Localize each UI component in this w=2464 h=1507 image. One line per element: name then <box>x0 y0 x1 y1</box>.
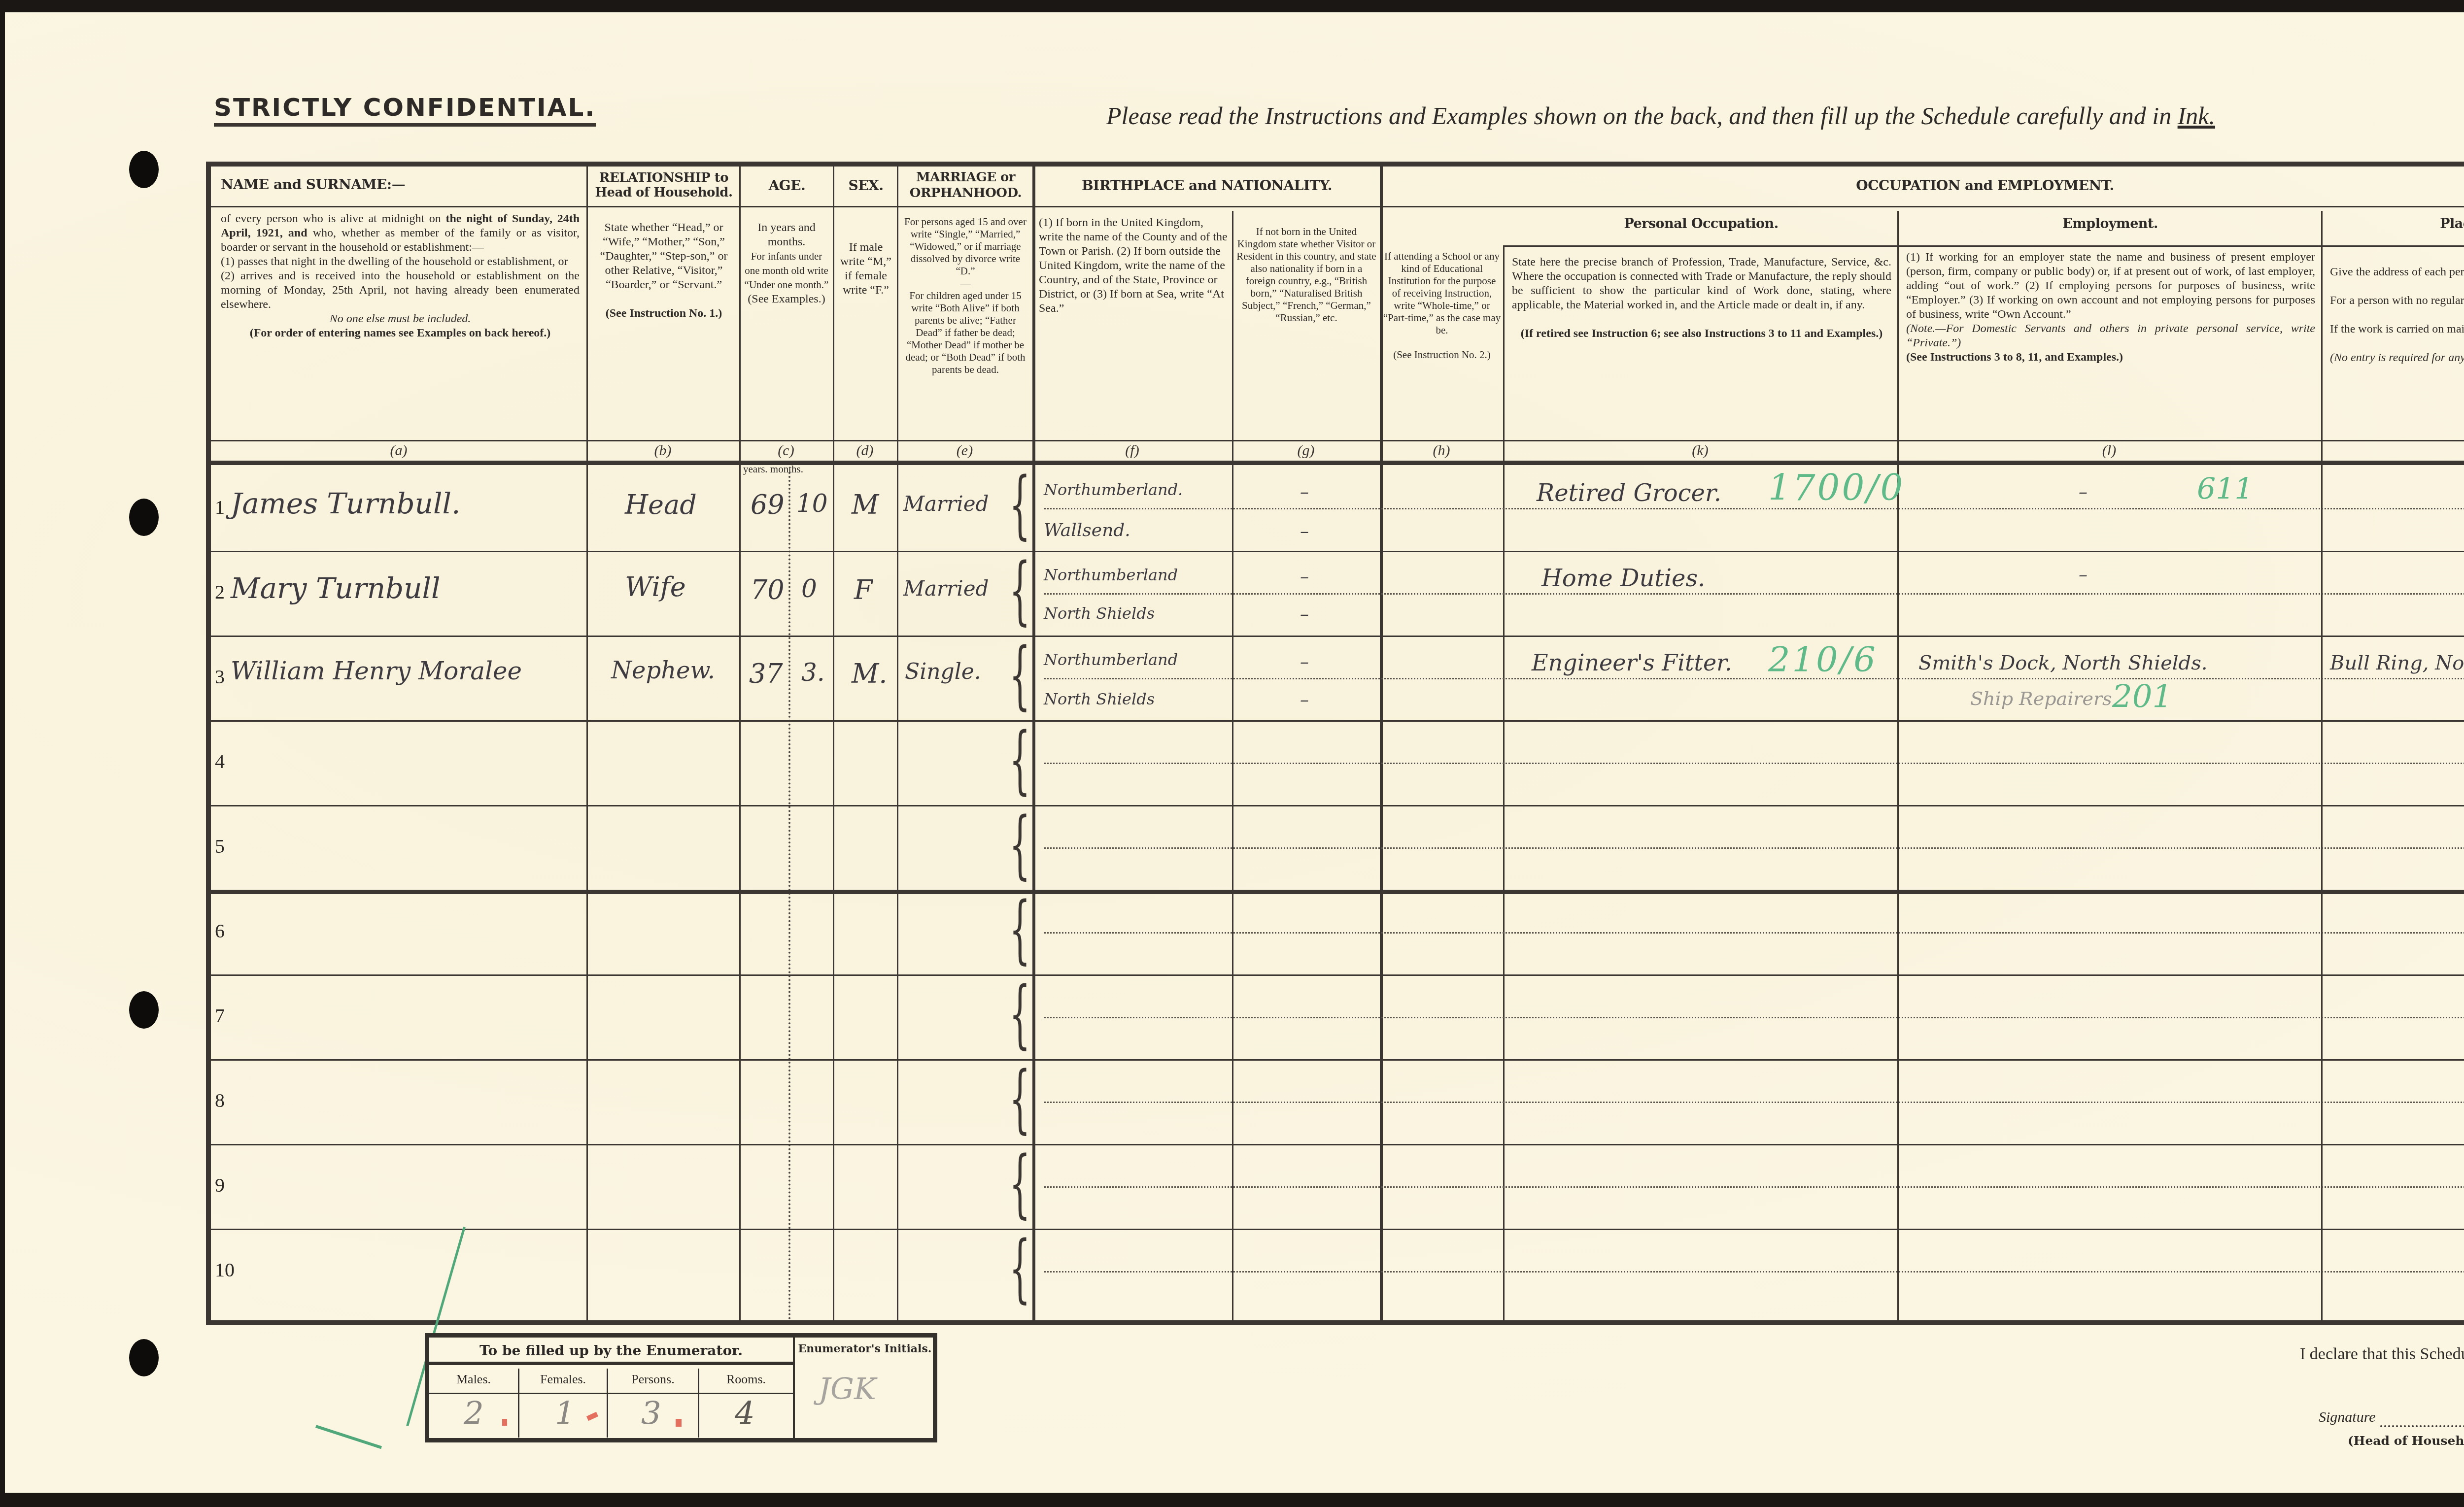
col-e-instructions: For persons aged 15 and over write “Sing… <box>901 216 1030 376</box>
col-a-title: NAME and SURNAME:— <box>221 176 418 193</box>
col-f-instructions: (1) If born in the United Kingdom, write… <box>1039 216 1229 316</box>
row3-age-months[interactable]: 3. <box>801 658 825 687</box>
col-k-text: State here the precise branch of Profess… <box>1512 256 1891 311</box>
col-d-title: SEX. <box>835 177 897 194</box>
col-divider-c-d <box>833 167 834 1320</box>
row-rule-thick <box>211 890 2464 894</box>
col-b-text: State whether “Head,” or “Wife,” “Mother… <box>600 221 728 291</box>
header-rule <box>1503 245 2464 247</box>
col-b-title: RELATIONSHIP to Head of Household. <box>588 170 739 200</box>
col-g-instructions: If not born in the United Kingdom state … <box>1236 226 1377 324</box>
col-m-title: Place of Work. <box>2323 216 2464 233</box>
red-tick-mark <box>586 1412 598 1421</box>
col-e-title: MARRIAGE or ORPHANHOOD. <box>899 169 1032 201</box>
col-k-instructions: State here the precise branch of Profess… <box>1512 255 1891 341</box>
row3-sex[interactable]: M. <box>852 658 887 689</box>
enumerator-box-header: To be filled up by the Enumerator. <box>429 1338 793 1365</box>
household-schedule-table: NAME and SURNAME:— RELATIONSHIP to Head … <box>206 162 2464 1325</box>
col-letter-a: (a) <box>211 442 586 459</box>
col-l-text: (1) If working for an employer state the… <box>1906 251 2315 321</box>
row3-marriage[interactable]: Single. <box>905 659 981 684</box>
females-label: Females. <box>519 1372 607 1387</box>
col-divider-e-f <box>1032 167 1035 1320</box>
signature-dotted-line <box>2380 1425 2464 1427</box>
punch-hole-icon <box>129 151 159 188</box>
row-midline <box>1044 932 2464 934</box>
brace-icon: { <box>1009 1062 1030 1136</box>
col-letter-b: (b) <box>586 442 739 459</box>
row3-birth-town[interactable]: North Shields <box>1044 690 1155 708</box>
row-midline <box>1044 847 2464 849</box>
col-letter-d: (d) <box>833 442 897 459</box>
col-letter-e: (e) <box>897 442 1032 459</box>
count-rule <box>429 1393 793 1394</box>
instruction-emphasis: Ink. <box>2178 102 2215 130</box>
brace-icon: { <box>1009 468 1030 542</box>
row2-sex[interactable]: F <box>854 574 872 605</box>
confidential-title: STRICTLY CONFIDENTIAL. <box>214 93 596 127</box>
col-letter-g: (g) <box>1232 442 1380 459</box>
row2-birth-town[interactable]: North Shields <box>1044 604 1155 623</box>
col-c-note: For infants under one month old write “U… <box>745 250 829 291</box>
col-m-text: If the work is carried on mainly at home… <box>2330 323 2464 335</box>
col-a-text: of every person who is alive at midnight… <box>221 212 441 225</box>
row2-employment[interactable]: – <box>2079 565 2088 585</box>
col-m-instructions: Give the address of each person’s place … <box>2330 265 2464 365</box>
row-rule <box>211 720 2464 722</box>
col-a-text: No one else must be included. <box>221 312 580 326</box>
header-rule <box>211 206 1032 207</box>
row-midline <box>1044 763 2464 764</box>
punch-hole-icon <box>129 991 159 1029</box>
row1-name[interactable]: James Turnbull. <box>231 487 461 520</box>
col-divider-h-k <box>1503 245 1505 1320</box>
enumerator-box-divider <box>793 1338 795 1438</box>
brace-icon: { <box>1009 554 1030 628</box>
col-letter-k: (k) <box>1503 442 1897 459</box>
row3-employment[interactable]: Smith's Dock, North Shields. <box>1918 652 2207 674</box>
col-letter-h: (h) <box>1380 442 1503 459</box>
row-number: 8 <box>215 1089 225 1112</box>
red-tick-mark <box>676 1419 682 1427</box>
row-number: 10 <box>215 1258 235 1281</box>
col-h-text: If attending a School or any kind of Edu… <box>1383 250 1501 336</box>
row-rule <box>211 636 2464 637</box>
col-b-note: (See Instruction No. 1.) <box>606 307 722 320</box>
col-a-text: (1) passes that night in the dwelling of… <box>221 255 568 268</box>
col-e-text2: For children aged under 15 write “Both A… <box>905 290 1025 375</box>
row-number: 3 <box>215 665 225 688</box>
row1-relationship[interactable]: Head <box>625 489 697 520</box>
row3-birth-county[interactable]: Northumberland <box>1044 650 1178 669</box>
col-c-text: In years and months. <box>757 221 815 248</box>
row-number: 4 <box>215 750 225 773</box>
col-h-instructions: If attending a School or any kind of Edu… <box>1383 250 1501 361</box>
col-a-text: (2) arrives and is received into the hou… <box>221 269 580 311</box>
row2-age-months[interactable]: 0 <box>801 574 817 603</box>
col-c-instructions: In years and months. For infants under o… <box>743 221 830 306</box>
col-k-note: (If retired see Instruction 6; see also … <box>1512 327 1891 341</box>
row2-occupation[interactable]: Home Duties. <box>1541 565 1705 592</box>
row-rule <box>211 1229 2464 1230</box>
brace-icon: { <box>1009 893 1030 967</box>
row-midline <box>1044 1271 2464 1273</box>
col-divider-l-m <box>2321 211 2323 1320</box>
row-number: 7 <box>215 1004 225 1027</box>
row2-birth-county[interactable]: Northumberland <box>1044 566 1178 584</box>
row-midline <box>1044 593 2464 595</box>
age-years-months-divider <box>788 472 790 1320</box>
males-label: Males. <box>429 1372 518 1387</box>
row1-age-years[interactable]: 69 <box>751 489 785 520</box>
row2-age-years[interactable]: 70 <box>751 574 785 605</box>
males-count[interactable]: 2 <box>464 1396 484 1432</box>
row-midline <box>1044 1186 2464 1188</box>
row1-occupation-code: 1700/0 <box>1768 467 1905 508</box>
col-m-text: Give the address of each person’s place … <box>2330 266 2464 278</box>
row-midline <box>1044 678 2464 679</box>
row3-place-of-work[interactable]: Bull Ring, North Shields <box>2330 652 2464 674</box>
row-rule <box>211 1144 2464 1145</box>
row-rule <box>211 974 2464 976</box>
col-b-instructions: State whether “Head,” or “Wife,” “Mother… <box>593 221 734 321</box>
row-midline <box>1044 508 2464 509</box>
row2-marriage[interactable]: Married <box>903 576 989 601</box>
brace-icon: { <box>1009 977 1030 1051</box>
col-divider-b-c <box>739 167 741 1320</box>
header-rule <box>1032 206 1380 207</box>
row-rule <box>211 805 2464 806</box>
instruction-line: Please read the Instructions and Example… <box>1106 101 2215 130</box>
col-c-title: AGE. <box>741 177 833 194</box>
brace-icon: { <box>1009 1232 1030 1306</box>
row-number: 2 <box>215 580 225 603</box>
row1-sex[interactable]: M <box>852 489 879 520</box>
col-l-title: Employment. <box>1899 216 2321 233</box>
persons-count[interactable]: 3 <box>641 1396 661 1432</box>
age-years-label: years. <box>743 463 768 475</box>
col-divider-d-e <box>897 167 898 1320</box>
enumerator-count-box: To be filled up by the Enumerator. Enume… <box>425 1333 937 1442</box>
row-number: 5 <box>215 835 225 858</box>
row1-occupation[interactable]: Retired Grocer. <box>1537 479 1721 507</box>
col-a-text: (For order of entering names see Example… <box>221 326 580 340</box>
brace-icon: { <box>1009 808 1030 882</box>
row1-nationality[interactable]: – <box>1300 482 1309 502</box>
header-rule <box>1380 206 2464 207</box>
row3-name[interactable]: William Henry Moralee <box>231 657 522 685</box>
row1-age-months[interactable]: 10 <box>796 489 828 518</box>
row-midline <box>1044 1017 2464 1018</box>
brace-icon: { <box>1009 1147 1030 1221</box>
col-d-instructions: If male write “M,” if female write “F.” <box>838 240 894 298</box>
row2-relationship[interactable]: Wife <box>625 571 686 603</box>
col-m-text: For a person with no regular place of wo… <box>2330 294 2464 307</box>
row1-birth-town[interactable]: Wallsend. <box>1044 520 1130 540</box>
instruction-text: Please read the Instructions and Example… <box>1106 102 2171 130</box>
row1-marriage[interactable]: Married <box>903 492 989 516</box>
col-letter-f: (f) <box>1032 442 1232 459</box>
col-divider-f-g <box>1232 211 1233 1320</box>
col-fg-title: BIRTHPLACE and NATIONALITY. <box>1034 177 1379 194</box>
row1-birth-county[interactable]: Northumberland. <box>1044 480 1183 499</box>
punch-hole-icon <box>129 1339 159 1376</box>
enumerator-initials-label: Enumerator's Initials. <box>796 1342 933 1355</box>
rooms-count[interactable]: 4 <box>735 1396 755 1432</box>
col-h-note: (See Instruction No. 2.) <box>1393 349 1491 361</box>
row1-nationality-2[interactable]: – <box>1300 521 1309 541</box>
age-months-label: months. <box>770 463 803 475</box>
row3-relationship[interactable]: Nephew. <box>611 657 715 684</box>
females-count[interactable]: 1 <box>555 1396 575 1432</box>
row-number: 9 <box>215 1173 225 1197</box>
row3-employment-note: Ship Repairers <box>1970 688 2112 709</box>
row1-employment-code: 611 <box>2197 472 2254 506</box>
age-subheader: years. months. <box>743 463 832 475</box>
col-l-instructions: (1) If working for an employer state the… <box>1906 250 2315 365</box>
row-number: 6 <box>215 919 225 942</box>
col-e-text: For persons aged 15 and over write “Sing… <box>904 216 1027 277</box>
punch-hole-icon <box>129 499 159 536</box>
brace-icon: { <box>1009 723 1030 797</box>
row3-nationality-2[interactable]: – <box>1300 690 1309 710</box>
col-divider-a-b <box>586 167 588 1320</box>
row3-employment-code: 201 <box>2112 679 2172 715</box>
col-k-title: Personal Occupation. <box>1505 216 1897 233</box>
brace-icon: { <box>1009 638 1030 712</box>
enumerator-initials-value[interactable]: JGK <box>819 1372 876 1407</box>
column-letter-rule <box>211 440 2464 441</box>
col-c-note2: (See Examples.) <box>748 293 825 305</box>
col-letter-l: (l) <box>1897 442 2321 459</box>
col-letter-m: (m) <box>2321 442 2464 459</box>
signature-label: Signature <box>2319 1409 2376 1426</box>
col-a-instructions: of every person who is alive at midnight… <box>221 212 580 340</box>
row-midline <box>1044 1102 2464 1103</box>
col-l-note: (See Instructions 3 to 8, 11, and Exampl… <box>1906 351 2123 364</box>
row2-nationality-2[interactable]: – <box>1300 604 1309 624</box>
red-tick-mark <box>502 1419 507 1426</box>
col-l-note-italic: (Note.—For Domestic Servants and others … <box>1906 322 2315 349</box>
row3-occupation[interactable]: Engineer's Fitter. <box>1532 649 1732 676</box>
row3-occupation-code: 210/6 <box>1768 639 1878 680</box>
persons-label: Persons. <box>608 1372 698 1387</box>
signature-caption: (Head of Household, Manager of Establish… <box>2348 1434 2464 1448</box>
row1-employment[interactable]: – <box>2079 482 2088 502</box>
row2-name[interactable]: Mary Turnbull <box>231 571 441 605</box>
data-start-rule <box>211 461 2464 465</box>
col-letter-c: (c) <box>739 442 833 459</box>
row-rule <box>211 551 2464 552</box>
row3-age-years[interactable]: 37 <box>749 658 783 689</box>
row-rule <box>211 1059 2464 1061</box>
row3-nationality[interactable]: – <box>1300 652 1309 672</box>
declaration-text: I declare that this Schedule is correctl… <box>2300 1345 2464 1364</box>
col-m-note-italic: (No entry is required for any person who… <box>2330 351 2464 364</box>
row2-nationality[interactable]: – <box>1300 567 1309 587</box>
row-number: 1 <box>215 496 225 519</box>
rooms-label: Rooms. <box>699 1372 793 1387</box>
col-occ-title: OCCUPATION and EMPLOYMENT. <box>1739 177 2231 194</box>
col-divider-k-l <box>1897 211 1899 1320</box>
